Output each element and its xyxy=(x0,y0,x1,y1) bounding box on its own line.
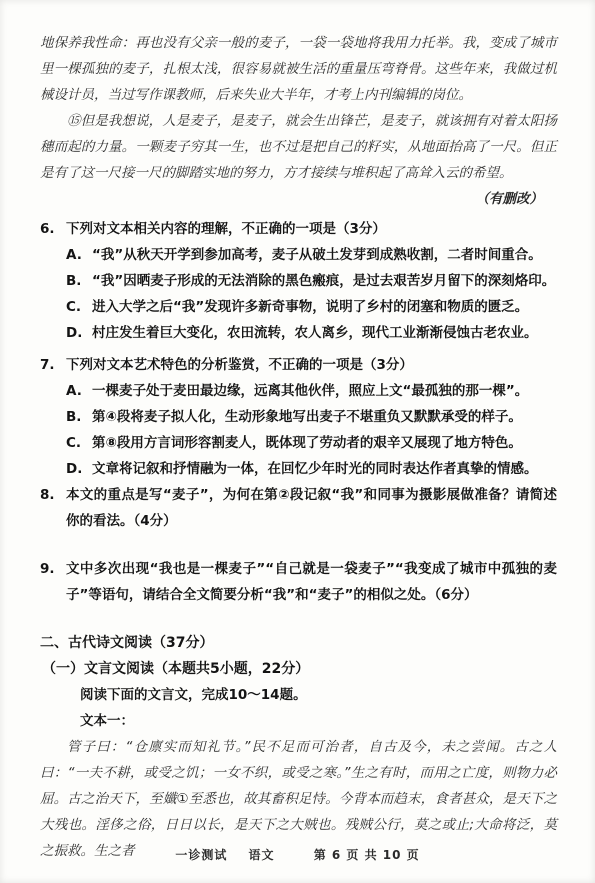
classical-text: 管子曰：“仓廪实而知礼节。”民不足而可治者，自古及今，未之尝闻。古之人曰：“一夫… xyxy=(40,734,557,864)
option-text: 进入大学之后“我”发现许多新奇事物，说明了乡村的闭塞和物质的匮乏。 xyxy=(92,294,557,320)
question-6-option-c: C. 进入大学之后“我”发现许多新奇事物，说明了乡村的闭塞和物质的匮乏。 xyxy=(66,294,557,320)
footer-page-number: 第 6 页 共 10 页 xyxy=(314,846,420,863)
essay-paragraph-continuation: 地保养我性命：再也没有父亲一般的麦子，一袋一袋地将我用力托举。我，变成了城市里一… xyxy=(40,30,557,108)
option-label: C. xyxy=(66,430,92,456)
question-8-stem-row: 8. 本文的重点是写“麦子”，为何在第②段记叙“我”和同事为摄影展做准备？请简述… xyxy=(40,482,557,534)
question-9-stem-row: 9. 文中多次出现“我也是一棵麦子”“自己就是一袋麦子”“我变成了城市中孤独的麦… xyxy=(40,556,557,608)
essay-paragraph-15: ⑮但是我想说，人是麦子，是麦子，就会生出锋芒，是麦子，就该拥有对着太阳扬穗而起的… xyxy=(40,108,557,186)
question-8-stem: 本文的重点是写“麦子”，为何在第②段记叙“我”和同事为摄影展做准备？请简述你的看… xyxy=(66,482,557,534)
exam-page: 地保养我性命：再也没有父亲一般的麦子，一袋一袋地将我用力托举。我，变成了城市里一… xyxy=(0,0,595,883)
section-2-subheading: （一）文言文阅读（本题共5小题，22分） xyxy=(42,656,557,682)
question-7-stem-row: 7. 下列对文本艺术特色的分析鉴赏，不正确的一项是（3分） xyxy=(40,352,557,378)
question-7-stem: 下列对文本艺术特色的分析鉴赏，不正确的一项是（3分） xyxy=(66,352,557,378)
question-7-option-d: D. 文章将记叙和抒情融为一体，在回忆少年时光的同时表达作者真挚的情感。 xyxy=(66,456,557,482)
page-content: 地保养我性命：再也没有父亲一般的麦子，一袋一袋地将我用力托举。我，变成了城市里一… xyxy=(0,0,595,864)
question-6-number: 6. xyxy=(40,216,66,242)
question-6-stem: 下列对文本相关内容的理解，不正确的一项是（3分） xyxy=(66,216,557,242)
question-6-option-b: B. “我”因晒麦子形成的无法消除的黑色瘢痕，是过去艰苦岁月留下的深刻烙印。 xyxy=(66,268,557,294)
option-text: “我”因晒麦子形成的无法消除的黑色瘢痕，是过去艰苦岁月留下的深刻烙印。 xyxy=(92,268,557,294)
question-7-option-b: B. 第④段将麦子拟人化，生动形象地写出麦子不堪重负又默默承受的样子。 xyxy=(66,404,557,430)
option-label: C. xyxy=(66,294,92,320)
essay-attribution: （有删改） xyxy=(40,186,557,212)
footer-exam-name: 一诊测试 xyxy=(175,846,227,863)
option-label: B. xyxy=(66,268,92,294)
section-2-heading: 二、古代诗文阅读（37分） xyxy=(40,630,557,656)
question-9-stem: 文中多次出现“我也是一棵麦子”“自己就是一袋麦子”“我变成了城市中孤独的麦子”等… xyxy=(66,556,557,608)
question-9: 9. 文中多次出现“我也是一棵麦子”“自己就是一袋麦子”“我变成了城市中孤独的麦… xyxy=(40,556,557,608)
question-8-number: 8. xyxy=(40,482,66,534)
option-text: 文章将记叙和抒情融为一体，在回忆少年时光的同时表达作者真挚的情感。 xyxy=(92,456,557,482)
question-8: 8. 本文的重点是写“麦子”，为何在第②段记叙“我”和同事为摄影展做准备？请简述… xyxy=(40,482,557,534)
option-text: 村庄发生着巨大变化，农田流转，农人离乡，现代工业渐渐侵蚀古老农业。 xyxy=(92,320,557,346)
question-6-option-d: D. 村庄发生着巨大变化，农田流转，农人离乡，现代工业渐渐侵蚀古老农业。 xyxy=(66,320,557,346)
reading-instruction: 阅读下面的文言文，完成10～14题。 xyxy=(80,682,557,708)
question-7-option-a: A. 一棵麦子处于麦田最边缘，远离其他伙伴，照应上文“最孤独的那一棵”。 xyxy=(66,378,557,404)
option-label: B. xyxy=(66,404,92,430)
question-7-number: 7. xyxy=(40,352,66,378)
footer-subject: 语文 xyxy=(249,846,275,863)
text-one-label: 文本一： xyxy=(80,708,557,734)
option-label: D. xyxy=(66,320,92,346)
option-label: D. xyxy=(66,456,92,482)
option-text: “我”从秋天开学到参加高考，麦子从破土发芽到成熟收割，二者时间重合。 xyxy=(92,242,557,268)
question-6-stem-row: 6. 下列对文本相关内容的理解，不正确的一项是（3分） xyxy=(40,216,557,242)
option-text: 一棵麦子处于麦田最边缘，远离其他伙伴，照应上文“最孤独的那一棵”。 xyxy=(92,378,557,404)
question-6: 6. 下列对文本相关内容的理解，不正确的一项是（3分） A. “我”从秋天开学到… xyxy=(40,216,557,346)
question-6-option-a: A. “我”从秋天开学到参加高考，麦子从破土发芽到成熟收割，二者时间重合。 xyxy=(66,242,557,268)
page-footer: 一诊测试 语文 第 6 页 共 10 页 xyxy=(0,846,595,863)
option-label: A. xyxy=(66,378,92,404)
option-text: 第⑧段用方言词形容割麦人，既体现了劳动者的艰辛又展现了地方特色。 xyxy=(92,430,557,456)
option-label: A. xyxy=(66,242,92,268)
question-7-option-c: C. 第⑧段用方言词形容割麦人，既体现了劳动者的艰辛又展现了地方特色。 xyxy=(66,430,557,456)
option-text: 第④段将麦子拟人化，生动形象地写出麦子不堪重负又默默承受的样子。 xyxy=(92,404,557,430)
question-7: 7. 下列对文本艺术特色的分析鉴赏，不正确的一项是（3分） A. 一棵麦子处于麦… xyxy=(40,352,557,482)
question-9-number: 9. xyxy=(40,556,66,608)
